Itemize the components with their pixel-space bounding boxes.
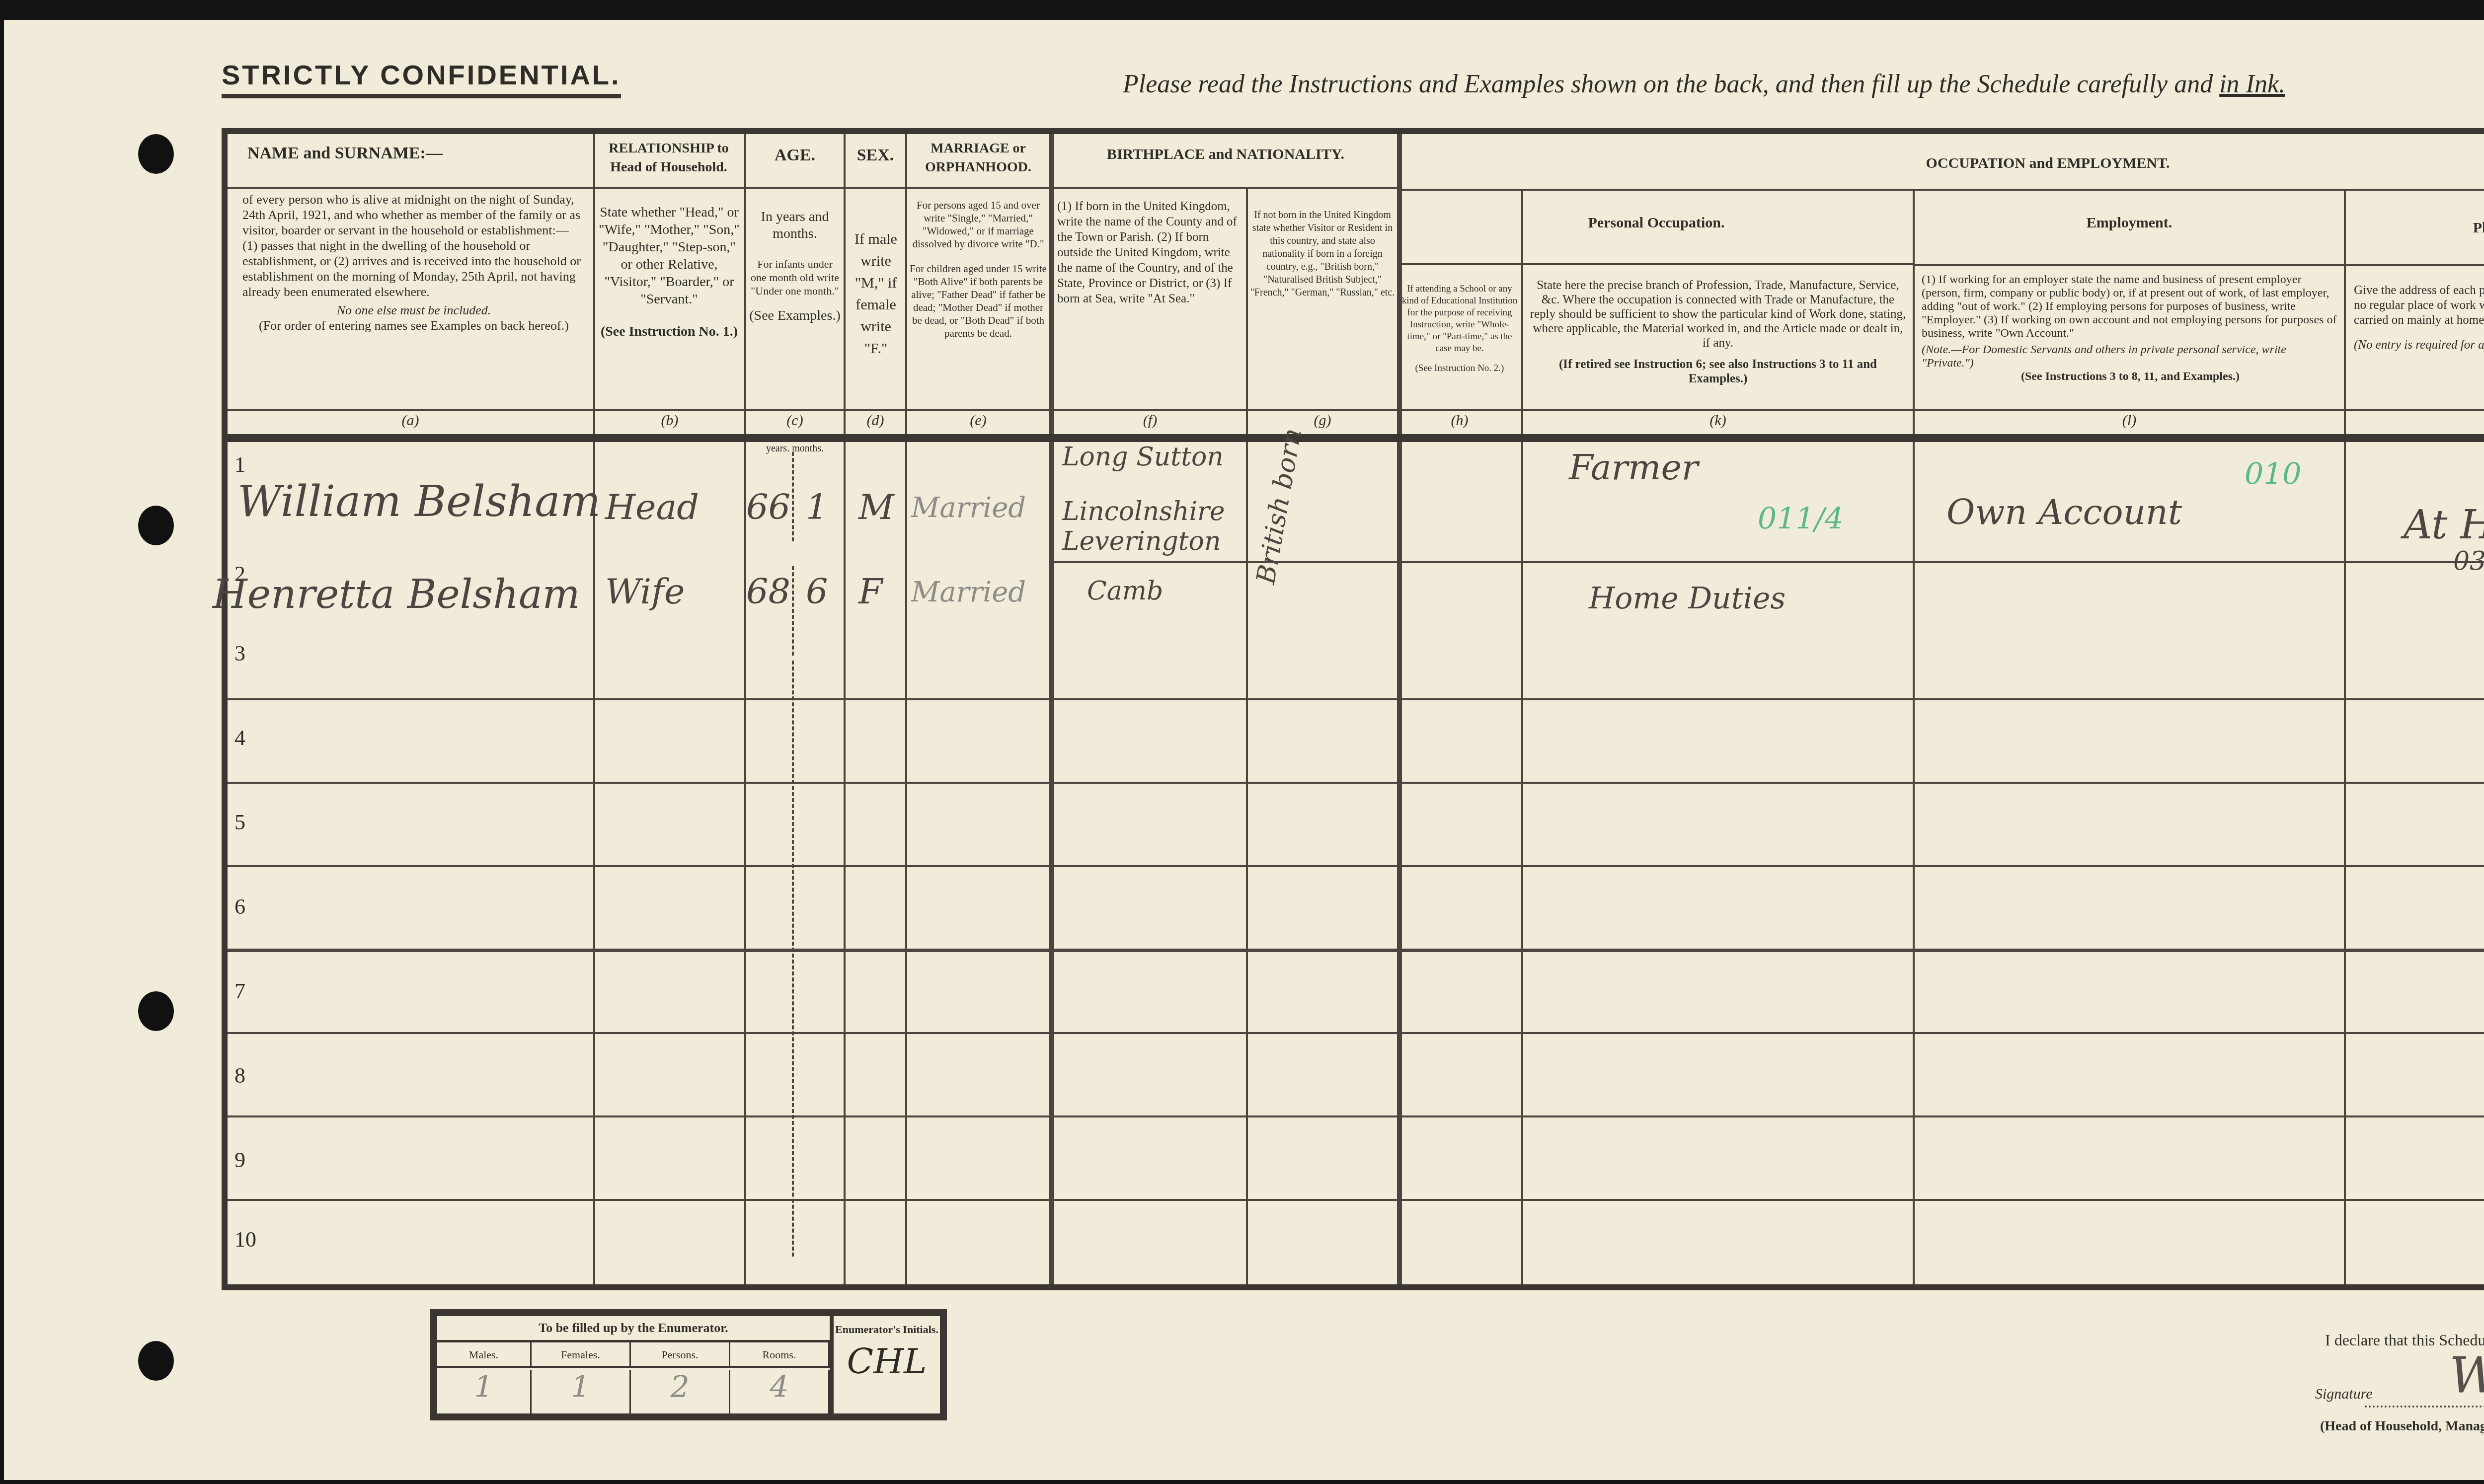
occupation-title: OCCUPATION and EMPLOYMENT.	[1402, 154, 2484, 173]
instructions-line: Please read the Instructions and Example…	[1123, 70, 2285, 99]
row1-place-code: 0390.06	[2453, 546, 2484, 576]
instructions-text: Please read the Instructions and Example…	[1123, 70, 2219, 98]
col-l-text: (1) If working for an employer state the…	[1922, 273, 2339, 340]
row2-relationship[interactable]: Wife	[605, 571, 685, 612]
rooms-label: Rooms.	[730, 1342, 830, 1368]
rule	[1397, 189, 2484, 191]
col-h-body: If attending a School or any kind of Edu…	[1400, 283, 1519, 374]
col-c-sub: For infants under one month old write "U…	[748, 257, 842, 297]
divider	[1913, 189, 1915, 1284]
females-label: Females.	[532, 1342, 631, 1368]
persons-label: Persons.	[631, 1342, 730, 1368]
col-b-body: State whether "Head," or "Wife," "Mother…	[597, 204, 741, 340]
age-separator	[792, 566, 794, 656]
col-e-sub: For children aged under 15 write "Both A…	[908, 262, 1048, 340]
col-e-body: For persons aged 15 and over write "Sing…	[908, 199, 1048, 340]
col-b-text: State whether "Head," or "Wife," "Mother…	[597, 204, 741, 308]
col-letter: (d)	[846, 412, 905, 429]
col-letter: (f)	[1054, 412, 1246, 429]
col-l-footer: (See Instructions 3 to 8, 11, and Exampl…	[1922, 370, 2339, 383]
row-number: 6	[234, 894, 245, 919]
row1-sex[interactable]: M	[858, 487, 894, 527]
col-letter: (e)	[907, 412, 1049, 429]
rule	[228, 409, 2484, 411]
birthplace-title: BIRTHPLACE and NATIONALITY.	[1054, 145, 1397, 164]
col-k-title: Personal Occupation.	[1400, 214, 1913, 232]
row1-employment[interactable]: Own Account	[1946, 492, 2182, 532]
rule	[228, 187, 1397, 189]
row2-occupation[interactable]: Home Duties	[1589, 581, 1785, 616]
row1-birthplace-county[interactable]: Lincolnshire	[1062, 497, 1225, 526]
col-e-text: For persons aged 15 and over write "Sing…	[908, 199, 1048, 250]
row1-employment-code: 010	[2245, 457, 2302, 492]
row1-age-years[interactable]: 66	[746, 487, 790, 527]
row-rule	[228, 1032, 2484, 1034]
col-a-title: NAME and SURNAME:—	[247, 144, 585, 163]
col-l-title: Employment.	[1915, 214, 2344, 232]
signature-label: Signature	[2315, 1386, 2373, 1403]
col-k-footer: (If retired see Instruction 6; see also …	[1529, 357, 1907, 386]
enumerator-box: To be filled up by the Enumerator. Males…	[430, 1309, 947, 1420]
row-rule	[228, 1115, 2484, 1117]
col-a-footer: (For order of entering names see Example…	[242, 318, 585, 333]
row-number: 8	[234, 1063, 245, 1088]
punch-hole	[138, 991, 174, 1031]
col-c-body: In years and months. For infants under o…	[748, 209, 842, 324]
initials-value[interactable]: CHL	[834, 1341, 940, 1382]
divider	[905, 134, 907, 1284]
col-letter: (k)	[1523, 412, 1913, 429]
signature-line	[2365, 1406, 2484, 1408]
rule	[228, 434, 2484, 442]
age-units: years. months.	[746, 443, 844, 454]
col-a-text: of every person who is alive at midnight…	[242, 192, 585, 299]
row-number: 5	[234, 810, 245, 835]
rule	[1913, 264, 2484, 266]
row2-birthplace-town[interactable]: Leverington	[1062, 526, 1221, 556]
row-number: 7	[234, 978, 245, 1004]
row-rule	[228, 949, 2484, 952]
rooms-value[interactable]: 4	[730, 1370, 830, 1413]
row1-marriage[interactable]: Married	[911, 492, 1026, 524]
col-letter: (b)	[595, 412, 744, 429]
divider	[1049, 134, 1054, 1284]
col-h-footer: (See Instruction No. 2.)	[1400, 363, 1519, 374]
col-k-body: State here the precise branch of Profess…	[1529, 278, 1907, 386]
initials-label: Enumerator's Initials.	[834, 1323, 940, 1336]
punch-hole	[138, 506, 174, 545]
signature[interactable]: W. Belsham	[2449, 1346, 2484, 1404]
col-l-note: (Note.—For Domestic Servants and others …	[1922, 343, 2339, 370]
col-letter: (c)	[746, 412, 844, 429]
col-m-body: Give the address of each person's place …	[2354, 283, 2484, 353]
household-schedule-table: NAME and SURNAME:— of every person who i…	[222, 128, 2484, 1290]
row1-birthplace-town[interactable]: Long Sutton	[1062, 442, 1224, 472]
row1-relationship[interactable]: Head	[605, 487, 699, 527]
row2-sex[interactable]: F	[858, 571, 883, 612]
row1-name[interactable]: William Belsham	[237, 477, 601, 526]
divider	[593, 134, 595, 1284]
enumerator-initials-cell: Enumerator's Initials. CHL	[830, 1316, 940, 1413]
row1-age-months[interactable]: 1	[806, 487, 828, 527]
col-m-note: (No entry is required for any person who…	[2354, 338, 2484, 353]
row-rule	[228, 865, 2484, 867]
persons-value[interactable]: 2	[631, 1370, 730, 1413]
age-separator	[792, 661, 794, 1257]
rule	[1397, 263, 1913, 265]
males-value[interactable]: 1	[437, 1370, 532, 1413]
row-number: 1	[234, 452, 245, 477]
row2-age-months[interactable]: 6	[806, 571, 828, 612]
col-a-body: of every person who is alive at midnight…	[242, 192, 585, 333]
punch-hole	[138, 1341, 174, 1381]
divider	[1521, 189, 1523, 1284]
row1-occupation[interactable]: Farmer	[1569, 447, 1698, 488]
row-rule	[228, 1199, 2484, 1201]
divider	[1246, 189, 1248, 1284]
col-k-text: State here the precise branch of Profess…	[1529, 278, 1907, 350]
col-c-title: AGE.	[746, 146, 844, 165]
col-letter: (a)	[228, 412, 593, 429]
col-letter: (l)	[1915, 412, 2344, 429]
col-c-footer: (See Examples.)	[748, 307, 842, 324]
col-letter: (m)	[2346, 412, 2484, 429]
col-b-footer: (See Instruction No. 1.)	[597, 323, 741, 340]
col-m-title: Place of Work.	[2346, 219, 2484, 237]
col-letter: (g)	[1249, 412, 1396, 429]
row-rule	[228, 782, 2484, 784]
age-separator	[792, 452, 794, 541]
col-h-text: If attending a School or any kind of Edu…	[1400, 283, 1519, 355]
row1-place-of-work[interactable]: At Home	[2404, 502, 2484, 548]
row-number: 9	[234, 1147, 245, 1173]
row2-name[interactable]: Henretta Belsham	[213, 571, 580, 617]
females-value[interactable]: 1	[532, 1370, 631, 1413]
col-g-body: If not born in the United Kingdom state …	[1249, 209, 1396, 299]
col-d-title: SEX.	[846, 146, 905, 165]
col-m-text: Give the address of each person's place …	[2354, 283, 2484, 328]
row2-birthplace-county[interactable]: Camb	[1087, 576, 1163, 606]
col-l-body: (1) If working for an employer state the…	[1922, 273, 2339, 383]
punch-hole	[138, 134, 174, 174]
row2-marriage[interactable]: Married	[911, 576, 1026, 608]
col-d-body: If male write "M," if female write "F."	[849, 228, 903, 360]
enumerator-box-title: To be filled up by the Enumerator.	[437, 1316, 830, 1342]
males-label: Males.	[437, 1342, 532, 1368]
divider	[844, 134, 846, 1284]
confidential-heading: STRICTLY CONFIDENTIAL.	[222, 59, 621, 98]
divider	[744, 134, 746, 1284]
row-rule	[228, 698, 2484, 700]
col-a-note: No one else must be included.	[242, 302, 585, 318]
row2-age-years[interactable]: 68	[746, 571, 790, 612]
col-c-text: In years and months.	[748, 209, 842, 242]
in-ink-text: in Ink.	[2219, 70, 2285, 98]
col-b-title: RELATIONSHIP to Head of Household.	[595, 139, 742, 177]
col-letter: (h)	[1400, 412, 1519, 429]
signature-note: (Head of Household, Manager of Establish…	[2320, 1418, 2484, 1434]
row1-occupation-code: 011/4	[1758, 502, 1844, 536]
col-f-body: (1) If born in the United Kingdom, write…	[1057, 199, 1244, 306]
row-number: 4	[234, 725, 245, 750]
divider	[2344, 189, 2346, 1284]
row-number: 10	[234, 1227, 256, 1252]
col-e-title: MARRIAGE or ORPHANHOOD.	[907, 139, 1049, 177]
row-number: 3	[234, 641, 245, 666]
